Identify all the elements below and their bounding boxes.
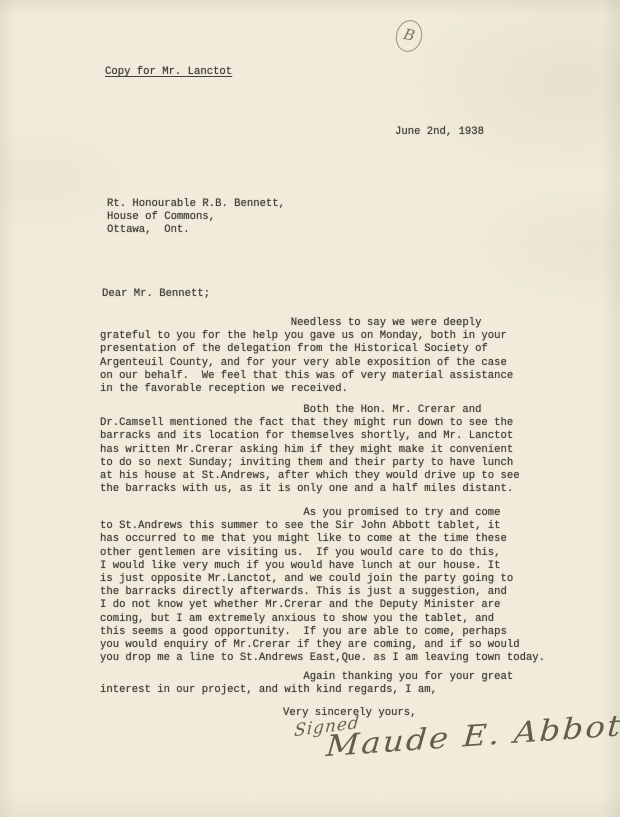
letter-paragraph-3: As you promised to try and come to St.An…	[100, 507, 545, 665]
letter-paragraph-1: Needless to say we were deeply grateful …	[100, 317, 513, 396]
recipient-address: Rt. Honourable R.B. Bennett, House of Co…	[107, 198, 285, 238]
date-line: June 2nd, 1938	[395, 126, 484, 139]
copy-note: Copy for Mr. Lanctot	[105, 66, 232, 79]
letter-paragraph-2: Both the Hon. Mr. Crerar and Dr.Camsell …	[100, 404, 520, 496]
letter-paragraph-4: Again thanking you for your great intere…	[100, 671, 513, 697]
letter-page: B Copy for Mr. Lanctot June 2nd, 1938 Rt…	[0, 0, 620, 817]
circled-page-letter: B	[393, 17, 426, 54]
salutation: Dear Mr. Bennett;	[102, 288, 210, 301]
signature-handwritten: Maude E. Abbott	[326, 718, 620, 753]
